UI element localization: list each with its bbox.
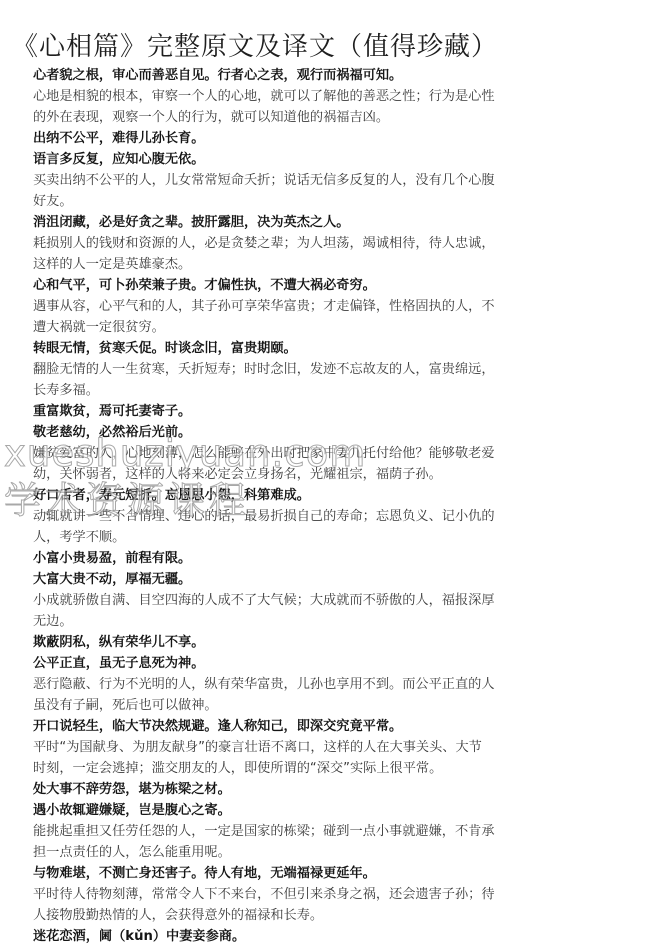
original-text-line: 好口舌者，寿元短折。忘恩思小怨，科第难成。 bbox=[33, 485, 623, 506]
page-title: 《心相篇》完整原文及译文（值得珍藏） bbox=[12, 32, 632, 62]
translation-text-line: 人，考学不顺。 bbox=[33, 527, 623, 548]
translation-text-line: 长寿多福。 bbox=[33, 380, 623, 401]
translation-text-line: 人接物殷勤热情的人，会获得意外的福禄和长寿。 bbox=[33, 905, 623, 926]
translation-text-line: 翻脸无情的人一生贫寒，夭折短寿；时时念旧，发迹不忘故友的人，富贵绵远， bbox=[33, 359, 623, 380]
original-text-line: 大富大贵不动，厚福无疆。 bbox=[33, 569, 623, 590]
translation-text-line: 遭大祸就一定很贫穷。 bbox=[33, 317, 623, 338]
translation-text-line: 能挑起重担又任劳任怨的人，一定是国家的栋梁；碰到一点小事就避嫌，不肯承 bbox=[33, 821, 623, 842]
translation-text-line: 时刻，一定会逃掉；滥交朋友的人，即使所谓的“深交”实际上很平常。 bbox=[33, 758, 623, 779]
translation-text-line: 动辄就讲一些不合情理、违心的话，最易折损自己的寿命；忘恩负义、记小仇的 bbox=[33, 506, 623, 527]
translation-text-line: 无边。 bbox=[33, 611, 623, 632]
original-text-line: 公平正直，虽无子息死为神。 bbox=[33, 653, 623, 674]
translation-text-line: 平时待人待物刻薄，常常令人下不来台，不但引来杀身之祸，还会遗害子孙；待 bbox=[33, 884, 623, 905]
original-text-line: 遇小故辄避嫌疑，岂是腹心之寄。 bbox=[33, 800, 623, 821]
original-text-line: 心者貌之根，审心而善恶自见。行者心之表，观行而祸福可知。 bbox=[33, 65, 623, 86]
original-text-line: 语言多反复，应知心腹无依。 bbox=[33, 149, 623, 170]
translation-text-line: 遇事从容，心平气和的人，其子孙可享荣华富贵；才走偏锋，性格固执的人，不 bbox=[33, 296, 623, 317]
translation-text-line: 平时“为国献身、为朋友献身”的豪言壮语不离口，这样的人在大事关头、大节 bbox=[33, 737, 623, 758]
translation-text-line: 担一点责任的人，怎么能重用呢。 bbox=[33, 842, 623, 863]
original-text-line: 心和气平，可卜孙荣兼子贵。才偏性执，不遭大祸必奇穷。 bbox=[33, 275, 623, 296]
translation-text-line: 恶行隐蔽、行为不光明的人，纵有荣华富贵，儿孙也享用不到。而公平正直的人 bbox=[33, 674, 623, 695]
original-text-line: 小富小贵易盈，前程有限。 bbox=[33, 548, 623, 569]
original-text-line: 出纳不公平，难得儿孙长育。 bbox=[33, 128, 623, 149]
translation-text-line: 耗损别人的钱财和资源的人，必是贪婪之辈；为人坦荡，竭诚相待，待人忠诚， bbox=[33, 233, 623, 254]
original-text-line: 欺蔽阴私，纵有荣华儿不享。 bbox=[33, 632, 623, 653]
translation-text-line: 的外在表现，观察一个人的行为，就可以知道他的祸福吉凶。 bbox=[33, 107, 623, 128]
translation-text-line: 这样的人一定是英雄豪杰。 bbox=[33, 254, 623, 275]
original-text-line: 敬老慈幼，必然裕后光前。 bbox=[33, 422, 623, 443]
original-text-line: 与物难堪，不测亡身还害子。待人有地，无端福禄更延年。 bbox=[33, 863, 623, 884]
translation-text-line: 心地是相貌的根本，审察一个人的心地，就可以了解他的善恶之性；行为是心性 bbox=[33, 86, 623, 107]
translation-text-line: 虽没有子嗣，死后也可以做神。 bbox=[33, 695, 623, 716]
original-text-line: 重富欺贫，焉可托妻寄子。 bbox=[33, 401, 623, 422]
original-text-line: 转眼无情，贫寒夭促。时谈念旧，富贵期颐。 bbox=[33, 338, 623, 359]
original-text-line: 处大事不辞劳怨，堪为栋梁之材。 bbox=[33, 779, 623, 800]
translation-text-line: 买卖出纳不公平的人，儿女常常短命夭折；说话无信多反复的人，没有几个心腹 bbox=[33, 170, 623, 191]
translation-text-line: 好友。 bbox=[33, 191, 623, 212]
translation-text-line: 幼，关怀弱者，这样的人将来必定会立身扬名，光耀祖宗，福荫子孙。 bbox=[33, 464, 623, 485]
original-text-line: 迷花恋酒，阃（kǔn）中妻妾参商。 bbox=[33, 926, 623, 946]
original-text-line: 开口说轻生，临大节决然规避。逢人称知己，即深交究竟平常。 bbox=[33, 716, 623, 737]
original-text-line: 消沮闭藏，必是好贪之辈。披肝露胆，决为英杰之人。 bbox=[33, 212, 623, 233]
translation-text-line: 嫌贫爱富的人，心地刻薄，怎么能够在外出时把家中妻儿托付给他？能够敬老爱 bbox=[33, 443, 623, 464]
translation-text-line: 小成就骄傲自满、目空四海的人成不了大气候；大成就而不骄傲的人，福报深厚 bbox=[33, 590, 623, 611]
document-body: 心者貌之根，审心而善恶自见。行者心之表，观行而祸福可知。心地是相貌的根本，审察一… bbox=[33, 65, 623, 946]
